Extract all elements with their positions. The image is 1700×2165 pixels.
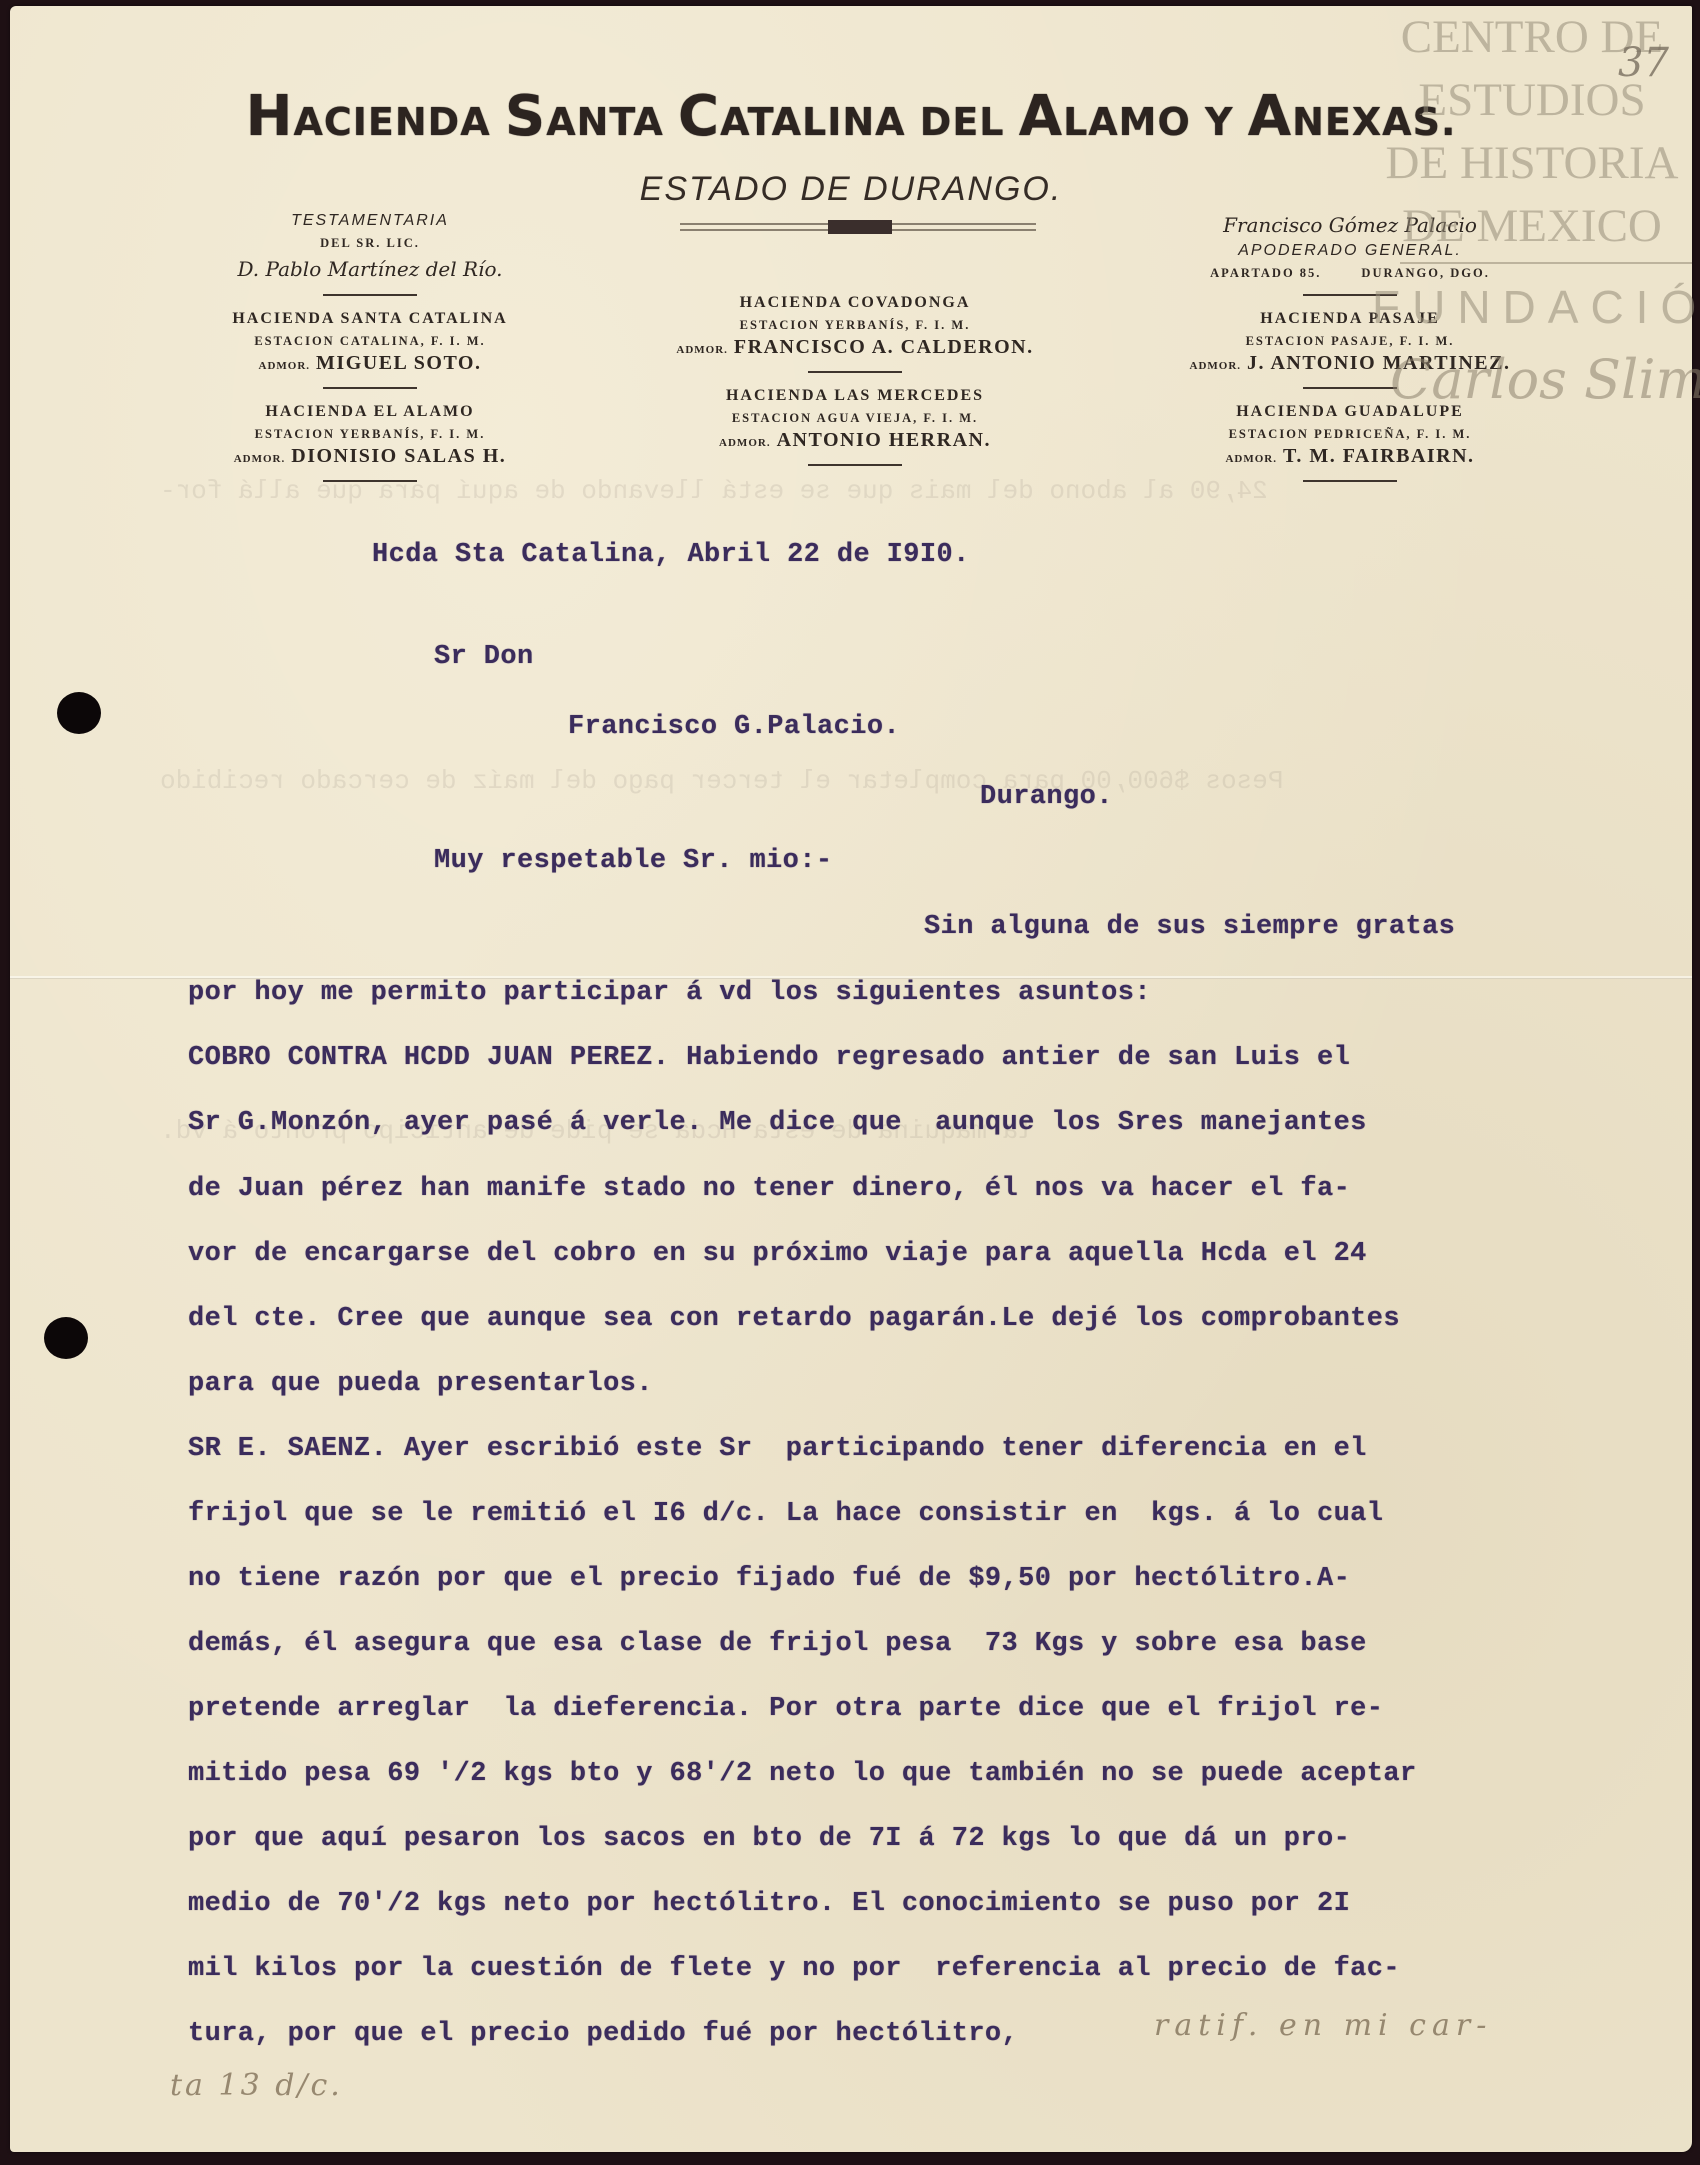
watermark-line: DE MEXICO — [1372, 195, 1692, 258]
letterhead-ornament — [680, 220, 1036, 234]
handwritten-annotation: ratif. en mi car- — [1154, 2008, 1492, 2043]
divider — [808, 464, 902, 466]
hacienda-admin: ADMOR.MIGUEL SOTO. — [190, 352, 550, 377]
letter-salutation-to: Sr Don — [434, 642, 534, 672]
hacienda-station: ESTACION CATALINA, F. I. M. — [190, 330, 550, 352]
letter-body-line: SR E. SAENZ. Ayer escribió este Sr parti… — [188, 1434, 1367, 1464]
hacienda-name: HACIENDA COVADONGA — [620, 292, 1090, 314]
letter-body-line: mil kilos por la cuestión de flete y no … — [188, 1954, 1400, 1984]
title-word: ANTA — [546, 100, 678, 144]
bleed-through-text: Pesos $600,00 para completar el tercer p… — [160, 766, 1283, 796]
title-cap: S — [505, 84, 546, 149]
hacienda-name: HACIENDA EL ALAMO — [190, 401, 550, 423]
letter-body-line: mitido pesa 69 '/2 kgs bto y 68'/2 neto … — [188, 1759, 1417, 1789]
title-word: ATALINA DEL — [720, 100, 1019, 144]
folio-number: 37 — [1618, 40, 1669, 86]
hacienda-admin: ADMOR.T. M. FAIRBAIRN. — [1160, 445, 1540, 470]
watermark-line: DE HISTORIA — [1372, 132, 1692, 195]
watermark-signature: Carlos Slim — [1390, 348, 1700, 411]
title-word: LAMO Y — [1063, 100, 1248, 144]
letter-body-line: pretende arreglar la dieferencia. Por ot… — [188, 1694, 1383, 1724]
letter-body-line: Sin alguna de sus siempre gratas — [924, 912, 1455, 942]
letterhead-center-column: HACIENDA COVADONGA ESTACION YERBANÍS, F.… — [620, 292, 1090, 478]
del-sr-lic-label: DEL SR. LIC. — [190, 232, 550, 254]
letter-body-line: para que pueda presentarlos. — [188, 1369, 653, 1399]
hacienda-name: HACIENDA LAS MERCEDES — [620, 385, 1090, 407]
hacienda-admin: ADMOR.ANTONIO HERRAN. — [620, 429, 1090, 454]
letter-body-line: Sr G.Monzón, ayer pasé á verle. Me dice … — [188, 1108, 1367, 1138]
letter-body-line: COBRO CONTRA HCDD JUAN PEREZ. Habiendo r… — [188, 1043, 1350, 1073]
hacienda-name: HACIENDA SANTA CATALINA — [190, 308, 550, 330]
letter-body-line: vor de encargarse del cobro en su próxim… — [188, 1239, 1367, 1269]
letter-body-line: tura, por que el precio pedido fué por h… — [188, 2019, 1018, 2049]
title-cap: A — [1248, 84, 1292, 149]
divider — [808, 371, 902, 373]
punch-hole-top — [57, 692, 101, 734]
title-cap: H — [246, 84, 294, 149]
letter-greeting: Muy respetable Sr. mio:- — [434, 846, 832, 876]
title-cap: C — [678, 84, 720, 149]
testamentaria-label: TESTAMENTARIA — [190, 210, 550, 232]
handwritten-annotation: ta 13 d/c. — [170, 2068, 343, 2103]
hacienda-admin: ADMOR.DIONISIO SALAS H. — [190, 445, 550, 470]
letter-body-line: demás, él asegura que esa clase de frijo… — [188, 1629, 1367, 1659]
hacienda-admin: ADMOR.FRANCISCO A. CALDERON. — [620, 336, 1090, 361]
hacienda-station: ESTACION PEDRICEÑA, F. I. M. — [1160, 423, 1540, 445]
letter-body-line: frijol que se le remitió el I6 d/c. La h… — [188, 1499, 1383, 1529]
letter-place-date: Hcda Sta Catalina, Abril 22 de I9I0. — [372, 540, 970, 570]
letterhead-left-column: TESTAMENTARIA DEL SR. LIC. D. Pablo Mart… — [190, 210, 550, 494]
hacienda-station: ESTACION AGUA VIEJA, F. I. M. — [620, 407, 1090, 429]
divider — [323, 480, 417, 482]
letter-body-line: de Juan pérez han manife stado no tener … — [188, 1174, 1350, 1204]
title-cap: A — [1019, 84, 1063, 149]
divider — [1303, 387, 1397, 389]
letter-recipient: Francisco G.Palacio. — [568, 712, 900, 742]
letter-page: 24,90 al abono del mais que se está llev… — [10, 6, 1692, 2152]
divider — [323, 387, 417, 389]
watermark-rule — [1400, 262, 1692, 264]
hacienda-station: ESTACION YERBANÍS, F. I. M. — [620, 314, 1090, 336]
title-word: ACIENDA — [293, 100, 504, 144]
hacienda-station: ESTACION YERBANÍS, F. I. M. — [190, 423, 550, 445]
divider — [323, 294, 417, 296]
punch-hole-bottom — [44, 1317, 88, 1359]
letter-body-line: por que aquí pesaron los sacos en bto de… — [188, 1824, 1350, 1854]
letter-body-line: por hoy me permito participar á vd los s… — [188, 978, 1151, 1008]
divider — [1303, 480, 1397, 482]
letter-recipient-city: Durango. — [980, 782, 1113, 812]
watermark-fundacion: FUNDACIÓN — [1372, 280, 1700, 334]
letter-body-line: no tiene razón por que el precio fijado … — [188, 1564, 1350, 1594]
letter-body-line: medio de 70'/2 kgs neto por hectólitro. … — [188, 1889, 1350, 1919]
estate-owner-name: D. Pablo Martínez del Río. — [190, 254, 550, 284]
letter-body-line: del cte. Cree que aunque sea con retardo… — [188, 1304, 1400, 1334]
